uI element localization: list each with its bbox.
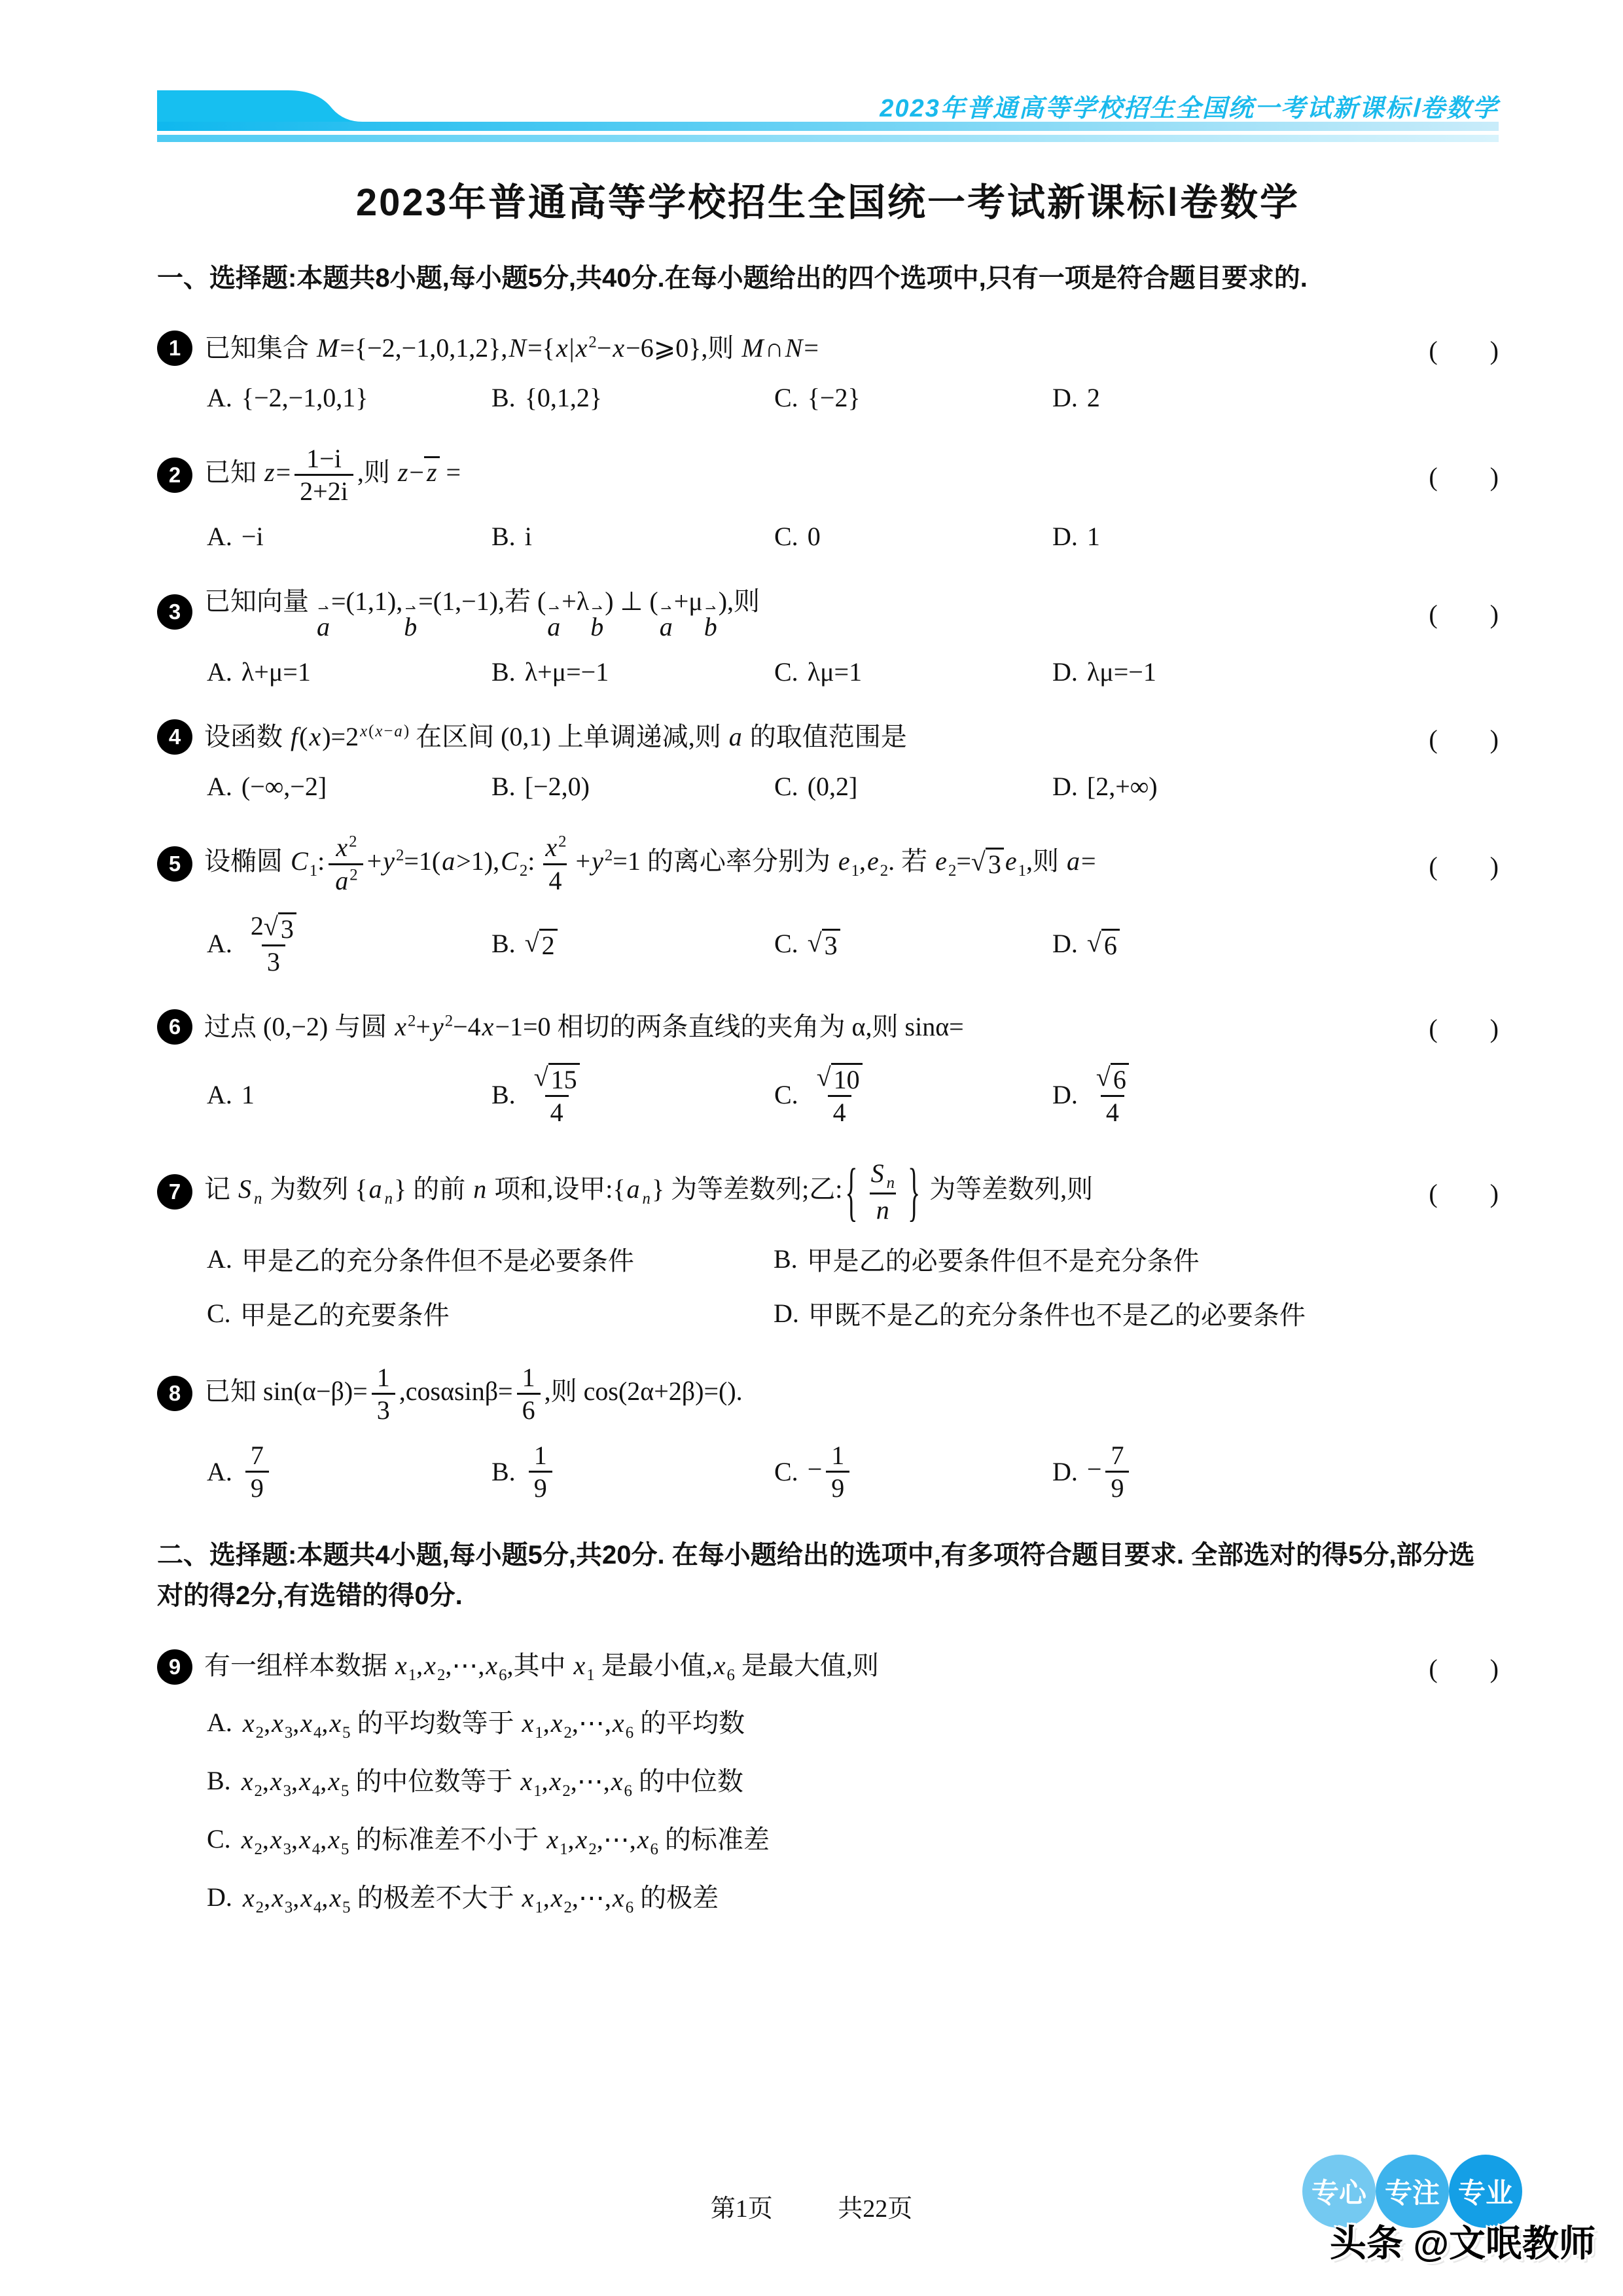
option-label: A. [207, 656, 232, 687]
math-subscripted: x2 [241, 1883, 264, 1912]
vector-arrow-icon: ⇀ [705, 605, 716, 612]
fraction-numerator: 1 [529, 1440, 552, 1471]
options-1: A.{−2,−1,0,1}B.{0,1,2}C.{−2}D.2 [157, 382, 1499, 413]
answer-parens: ( ) [1416, 1008, 1499, 1045]
math-fraction: Snn [865, 1158, 901, 1225]
math-variable: z [397, 457, 410, 487]
option-label: B. [491, 928, 516, 959]
math-subscripted: x1 [519, 1767, 541, 1796]
fraction-denominator: 6 [517, 1393, 541, 1426]
math-subscript: 3 [285, 1899, 293, 1916]
question-number-badge: 6 [157, 1009, 192, 1045]
math-subscripted: x3 [270, 1883, 293, 1912]
option-content: 1 [1087, 521, 1100, 552]
options-4: A.(−∞,−2]B.[−2,0)C.(0,2]D.[2,+∞) [157, 771, 1499, 802]
math-fraction: 19 [529, 1440, 552, 1503]
option-label: B. [491, 1079, 516, 1110]
question-number-badge: 2 [157, 457, 192, 493]
radicand: 3 [822, 929, 840, 961]
math-fraction: 13 [372, 1362, 395, 1426]
option-label: D. [1052, 1456, 1078, 1487]
fraction-numerator: 1−i [301, 443, 347, 474]
fraction-numerator: 1 [372, 1362, 395, 1393]
math-vector: ⇀a [546, 605, 562, 642]
math-variable: C [499, 846, 520, 876]
option-a: A.x2,x3,x4,x5 的平均数等于 x1,x2,⋯,x6 的平均数 [207, 1702, 1499, 1742]
math-subscripted: x1 [573, 1651, 595, 1680]
math-variable: x [270, 1883, 285, 1912]
option-label: A. [207, 928, 232, 959]
fraction-denominator: 2+2i [294, 474, 353, 507]
fraction-denominator: 4 [1101, 1095, 1124, 1128]
math-variable: S [237, 1174, 253, 1204]
math-variable: y [382, 846, 396, 876]
vector-arrow-icon: ⇀ [660, 605, 671, 612]
question-stem: 已知 sin(α−β)=13,cosαsinβ=16,则 cos(2α+2β)=… [204, 1362, 743, 1426]
math-variable: x [611, 1883, 626, 1912]
math-variable: x [298, 1825, 312, 1854]
math-variable: x [298, 1767, 312, 1796]
option-content: −19 [808, 1440, 854, 1503]
vector-body: a [315, 612, 331, 642]
vector-body: a [658, 612, 674, 642]
radical-sign: √ [1087, 929, 1101, 957]
option-content: 甲是乙的充要条件 [240, 1295, 450, 1332]
math-vector: ⇀b [402, 605, 418, 642]
radicand: 3 [986, 848, 1004, 880]
math-variable: x [240, 1825, 255, 1854]
fraction-numerator: 1 [826, 1440, 849, 1471]
math-vector: ⇀b [589, 605, 605, 642]
option-content: λμ=−1 [1087, 656, 1156, 687]
math-variable: N [784, 333, 804, 363]
option-label: C. [774, 656, 798, 687]
math-subscripted: x4 [298, 1767, 320, 1796]
radicand: 10 [831, 1063, 863, 1095]
radical-sign: √ [808, 929, 822, 957]
math-superscript: 2 [558, 833, 566, 851]
question-stem: 记 Sn 为数列 {an} 的前 n 项和,设甲:{an} 为等差数列;乙:{S… [204, 1158, 1093, 1225]
math-superscript: 2 [605, 847, 613, 865]
math-fraction: 19 [826, 1440, 849, 1503]
math-subscripted: x1 [521, 1708, 543, 1738]
option-a: A.{−2,−1,0,1} [207, 382, 491, 413]
math-subscripted: Sn [237, 1174, 263, 1204]
question-stem: 已知集合 M={−2,−1,0,1,2},N={x|x2−x−6⩾0},则 M∩… [204, 329, 819, 368]
math-vector: ⇀b [703, 605, 719, 642]
math-variable: x [610, 1767, 624, 1796]
options-7: A.甲是乙的充分条件但不是必要条件B.甲是乙的必要条件但不是充分条件C.甲是乙的… [157, 1240, 1499, 1332]
math-vector: ⇀a [658, 605, 674, 642]
math-superscript: 2 [588, 334, 596, 351]
math-subscripted: x4 [299, 1708, 321, 1738]
option-content: √6 [1087, 927, 1120, 961]
option-content: 0 [808, 521, 821, 552]
option-content: 2 [1087, 382, 1100, 413]
math-power: y2 [382, 846, 404, 876]
math-variable: b [589, 612, 605, 641]
math-variable: M [315, 333, 340, 363]
option-label: D. [774, 1298, 799, 1329]
math-variable: x [328, 1883, 342, 1912]
math-subscripted: x5 [327, 1825, 349, 1854]
math-variable: x [550, 1883, 564, 1912]
option-b: B.[−2,0) [491, 771, 774, 802]
vector-arrow-icon: ⇀ [592, 605, 603, 612]
option-content: λ+μ=−1 [525, 656, 609, 687]
options-3: A.λ+μ=1B.λ+μ=−1C.λμ=1D.λμ=−1 [157, 656, 1499, 687]
math-variable: a [393, 723, 403, 740]
fraction-denominator: 4 [545, 1095, 569, 1128]
math-subscript: 2 [948, 862, 956, 880]
math-subscript: 1 [533, 1782, 541, 1800]
math-variable: x [328, 1708, 342, 1738]
option-c: C.0 [774, 521, 1052, 552]
math-power: x2 [575, 333, 597, 363]
option-content: 1 [241, 1079, 255, 1110]
math-subscript: 3 [285, 1724, 293, 1742]
math-subscripted: x6 [484, 1651, 507, 1680]
answer-parens: ( ) [1416, 330, 1499, 367]
math-subscript: 1 [310, 862, 317, 880]
option-content: √64 [1087, 1061, 1138, 1128]
option-content: x2,x3,x4,x5 的标准差不小于 x1,x2,⋯,x6 的标准差 [240, 1819, 770, 1859]
question-4: 4设函数 f(x)=2x(x−a) 在区间 (0,1) 上单调递减,则 a 的取… [157, 717, 1499, 757]
option-label: B. [491, 382, 516, 413]
math-variable: x [359, 723, 368, 740]
math-variable: x [573, 1651, 587, 1680]
question-6: 6过点 (0,−2) 与圆 x2+y2−4x−1=0 相切的两条直线的夹角为 α… [157, 1007, 1499, 1047]
math-subscripted: x2 [240, 1825, 262, 1854]
option-label: C. [774, 1079, 798, 1110]
question-number-badge: 5 [157, 846, 192, 882]
options-5: A.2√33B.√2C.√3D.√6 [157, 910, 1499, 977]
option-label: D. [207, 1882, 232, 1912]
option-label: D. [1052, 928, 1078, 959]
option-label: A. [207, 1456, 232, 1487]
math-square-root: √10 [817, 1063, 863, 1095]
math-power: x2 [544, 833, 566, 862]
math-variable: x [545, 1825, 560, 1854]
option-label: C. [774, 382, 798, 413]
math-power: y2 [590, 846, 613, 876]
math-superscript: x(x−a) [359, 723, 409, 740]
question-1: 1已知集合 M={−2,−1,0,1,2},N={x|x2−x−6⩾0},则 M… [157, 329, 1499, 368]
option-content: λμ=1 [808, 656, 862, 687]
math-subscripted: x2 [550, 1883, 572, 1912]
math-variable: a [626, 1174, 641, 1204]
option-a: A.2√33 [207, 910, 491, 977]
option-content: √154 [525, 1061, 589, 1128]
header-banner: 2023年普通高等学校招生全国统一考试新课标Ⅰ卷数学 [157, 84, 1499, 147]
radical-sign: √ [971, 848, 986, 876]
math-variable: x [334, 833, 349, 862]
option-a: A.−i [207, 521, 491, 552]
options-8: A.79B.19C.−19D.−79 [157, 1440, 1499, 1503]
question-stem: 过点 (0,−2) 与圆 x2+y2−4x−1=0 相切的两条直线的夹角为 α,… [204, 1007, 964, 1047]
option-c: C.{−2} [774, 382, 1052, 413]
math-superscript: 2 [349, 866, 357, 884]
options-9: A.x2,x3,x4,x5 的平均数等于 x1,x2,⋯,x6 的平均数B.x2… [157, 1702, 1499, 1917]
math-variable: a [658, 612, 674, 641]
option-d: D.λμ=−1 [1052, 656, 1499, 687]
option-c: C.√104 [774, 1061, 1052, 1128]
math-power: 2x(x−a) [346, 722, 409, 751]
math-variable: x [270, 1708, 285, 1738]
math-variable: x [636, 1825, 651, 1854]
math-variable: x [241, 1708, 256, 1738]
math-subscript: 5 [342, 1724, 350, 1742]
math-subscripted: C1 [289, 846, 317, 876]
math-fraction: x24 [539, 832, 571, 895]
question-9: 9有一组样本数据 x1,x2,⋯,x6,其中 x1 是最小值,x6 是最大值,则… [157, 1646, 1499, 1687]
math-variable: x [555, 333, 569, 363]
option-content: [2,+∞) [1087, 771, 1158, 802]
math-variable: x [327, 1825, 341, 1854]
fraction-numerator: x2 [539, 832, 571, 863]
math-variable: x [544, 833, 558, 862]
math-variable: e [934, 846, 948, 876]
option-label: A. [207, 1707, 232, 1738]
option-d: D.甲既不是乙的充分条件也不是乙的必要条件 [774, 1295, 1499, 1332]
option-d: D.−79 [1052, 1440, 1499, 1503]
math-overline: z [424, 456, 440, 487]
math-subscripted: e2 [866, 846, 888, 876]
answer-parens: ( ) [1416, 1648, 1499, 1685]
option-content: 2√33 [241, 910, 306, 977]
fraction-numerator: √6 [1091, 1061, 1134, 1095]
option-b: B.{0,1,2} [491, 382, 774, 413]
option-label: C. [774, 928, 798, 959]
question-number-badge: 9 [157, 1649, 192, 1685]
question-stem: 已知 z=1−i2+2i,则 z−z = [204, 443, 461, 507]
right-brace: } [905, 1143, 923, 1241]
option-label: B. [491, 521, 516, 552]
option-content: x2,x3,x4,x5 的平均数等于 x1,x2,⋯,x6 的平均数 [241, 1702, 745, 1742]
math-variable: e [837, 846, 851, 876]
math-variable: z [263, 457, 276, 487]
math-power: a2 [334, 866, 357, 895]
math-subscripted: x5 [328, 1708, 350, 1738]
option-b: B.19 [491, 1440, 774, 1503]
question-3: 3已知向量 ⇀a=(1,1),⇀b=(1,−1),若 (⇀a+λ⇀b) ⊥ (⇀… [157, 582, 1499, 642]
math-superscript: 2 [445, 1013, 453, 1030]
radicand: 2 [539, 929, 558, 961]
option-content: 甲既不是乙的充分条件也不是乙的必要条件 [808, 1295, 1306, 1332]
math-variable: x [240, 1767, 255, 1796]
question-stem: 有一组样本数据 x1,x2,⋯,x6,其中 x1 是最小值,x6 是最大值,则 [204, 1646, 879, 1687]
math-subscript: 2 [520, 862, 527, 880]
math-subscript: 4 [312, 1840, 320, 1858]
vector-body: b [589, 612, 605, 642]
option-d: D.1 [1052, 521, 1499, 552]
option-content: {−2} [808, 382, 861, 413]
math-square-root: √3 [808, 929, 840, 961]
option-d: D.√6 [1052, 927, 1499, 961]
math-subscripted: e1 [837, 846, 859, 876]
math-variable: a [440, 846, 456, 876]
math-subscript: 6 [499, 1666, 507, 1684]
option-b: B.√2 [491, 927, 774, 961]
left-brace: { [842, 1143, 860, 1241]
math-variable: x [394, 1651, 408, 1680]
option-label: B. [491, 771, 516, 802]
math-superscript: 2 [349, 833, 357, 851]
math-variable: a [1065, 846, 1081, 876]
option-content: 甲是乙的充分条件但不是必要条件 [241, 1240, 634, 1278]
math-variable: N [507, 333, 527, 363]
math-subscript: 1 [1018, 862, 1026, 880]
option-content: −79 [1087, 1440, 1133, 1503]
math-subscript: 1 [535, 1724, 543, 1742]
math-subscript: 6 [626, 1899, 633, 1916]
math-variable: e [866, 846, 880, 876]
fraction-numerator: √10 [811, 1061, 868, 1095]
math-subscript: 3 [283, 1840, 291, 1858]
math-subscript: 2 [564, 1899, 572, 1916]
section-header: 一、选择题:本题共8小题,每小题5分,共40分.在每小题给出的四个选项中,只有一… [157, 258, 1499, 298]
vector-body: b [703, 612, 719, 642]
option-content: √3 [808, 927, 840, 961]
math-subscript: n [885, 1174, 896, 1192]
radicand: 6 [1111, 1063, 1129, 1095]
math-fraction: √104 [811, 1061, 868, 1128]
option-content: √2 [525, 927, 558, 961]
exam-body: 一、选择题:本题共8小题,每小题5分,共40分.在每小题给出的四个选项中,只有一… [157, 258, 1499, 1917]
math-subscripted: e2 [934, 846, 956, 876]
math-subscript: n [641, 1190, 652, 1208]
math-variable: n [383, 1190, 394, 1208]
math-variable: n [885, 1174, 896, 1192]
math-variable: x [481, 1012, 495, 1041]
math-subscript: 4 [312, 1782, 320, 1800]
math-subscripted: x6 [611, 1883, 633, 1912]
math-variable: x [423, 1651, 437, 1680]
math-subscripted: x6 [636, 1825, 658, 1854]
watermark-credit: 头条 @文呡教师 [1255, 2215, 1596, 2267]
option-content: [−2,0) [525, 771, 590, 802]
option-content: 79 [241, 1440, 273, 1503]
math-variable: x [299, 1883, 313, 1912]
math-variable: x [269, 1825, 283, 1854]
math-variable: e [1004, 846, 1018, 876]
math-subscript: 1 [535, 1899, 543, 1916]
math-subscript: 3 [283, 1782, 291, 1800]
math-variable: a [546, 612, 562, 641]
fraction-numerator: 7 [1105, 1440, 1129, 1471]
math-variable: S [870, 1158, 885, 1188]
vector-arrow-icon: ⇀ [318, 605, 329, 612]
option-d: D.x2,x3,x4,x5 的极差不大于 x1,x2,⋯,x6 的极差 [207, 1877, 1499, 1917]
math-variable: b [402, 612, 418, 641]
question-number-badge: 1 [157, 331, 192, 366]
math-subscript: 2 [256, 1899, 264, 1916]
option-label: C. [207, 1298, 231, 1329]
math-subscript: 6 [650, 1840, 658, 1858]
watermark: 专心专注专业 头条 @文呡教师 [1255, 2155, 1596, 2267]
option-d: D.√64 [1052, 1061, 1499, 1128]
math-subscripted: x6 [610, 1767, 632, 1796]
math-square-root: √6 [1096, 1063, 1129, 1095]
option-content: 19 [525, 1440, 556, 1503]
math-power: x2 [393, 1012, 416, 1041]
option-content: i [525, 521, 532, 552]
option-a: A.(−∞,−2] [207, 771, 491, 802]
radical-sign: √ [264, 913, 278, 941]
math-subscript: 5 [341, 1840, 349, 1858]
math-subscripted: x1 [521, 1883, 543, 1912]
option-label: C. [207, 1823, 231, 1854]
answer-parens: ( ) [1416, 846, 1499, 883]
math-subscript: 1 [408, 1666, 416, 1684]
math-subscript: 5 [341, 1782, 349, 1800]
section-header: 二、选择题:本题共4小题,每小题5分,共20分. 在每小题给出的选项中,有多项符… [157, 1535, 1499, 1616]
math-variable: x [241, 1883, 256, 1912]
math-variable: b [703, 612, 719, 641]
math-variable: n [875, 1195, 891, 1225]
answer-parens: ( ) [1416, 456, 1499, 493]
math-subscripted: x1 [394, 1651, 416, 1680]
fraction-denominator: 9 [245, 1471, 269, 1503]
math-variable: n [472, 1174, 488, 1204]
math-vector: ⇀a [315, 605, 331, 642]
math-subscripted: x5 [327, 1767, 349, 1796]
question-number-badge: 3 [157, 594, 192, 630]
math-variable: x [521, 1883, 535, 1912]
fraction-denominator: 3 [262, 944, 285, 977]
math-variable: x [548, 1767, 563, 1796]
radical-sign: √ [817, 1064, 831, 1091]
option-content: √104 [808, 1061, 872, 1128]
answer-parens: ( ) [1416, 719, 1499, 756]
math-fraction: √154 [529, 1061, 585, 1128]
math-subscripted: x2 [550, 1708, 572, 1738]
fraction-numerator: Sn [865, 1158, 901, 1193]
math-power: x2 [334, 833, 357, 862]
radical-sign: √ [534, 1064, 548, 1091]
option-a: A.79 [207, 1440, 491, 1503]
fraction-numerator: √15 [529, 1061, 585, 1095]
radicand: 6 [1101, 929, 1120, 961]
math-fraction: 2√33 [245, 910, 302, 977]
fraction-numerator: x2 [329, 832, 362, 863]
option-content: (0,2] [808, 771, 858, 802]
option-c: C.−19 [774, 1440, 1052, 1503]
vector-body: a [546, 612, 562, 642]
vector-arrow-icon: ⇀ [548, 605, 560, 612]
math-subscript: 1 [560, 1840, 567, 1858]
math-variable: M [740, 333, 764, 363]
math-variable: C [289, 846, 310, 876]
math-subscript: 1 [851, 862, 859, 880]
question-number-badge: 7 [157, 1174, 192, 1210]
math-subscripted: x3 [269, 1767, 291, 1796]
math-fraction: 1−i2+2i [294, 443, 353, 507]
banner-ribbon-title: 2023年普通高等学校招生全国统一考试新课标Ⅰ卷数学 [880, 88, 1499, 124]
options-2: A.−iB.iC.0D.1 [157, 521, 1499, 552]
option-label: D. [1052, 656, 1078, 687]
fraction-numerator: 2√3 [245, 910, 302, 944]
math-subscript: n [383, 1190, 394, 1208]
math-subscript: 2 [588, 1840, 596, 1858]
question-stem: 设函数 f(x)=2x(x−a) 在区间 (0,1) 上单调递减,则 a 的取值… [204, 717, 907, 757]
math-fraction: √64 [1091, 1061, 1134, 1128]
exam-page: 2023年普通高等学校招生全国统一考试新课标Ⅰ卷数学 2023年普通高等学校招生… [0, 0, 1623, 2296]
math-variable: n [641, 1190, 652, 1208]
math-variable: x [575, 1825, 589, 1854]
option-content: −i [241, 521, 264, 552]
option-label: D. [1052, 521, 1078, 552]
